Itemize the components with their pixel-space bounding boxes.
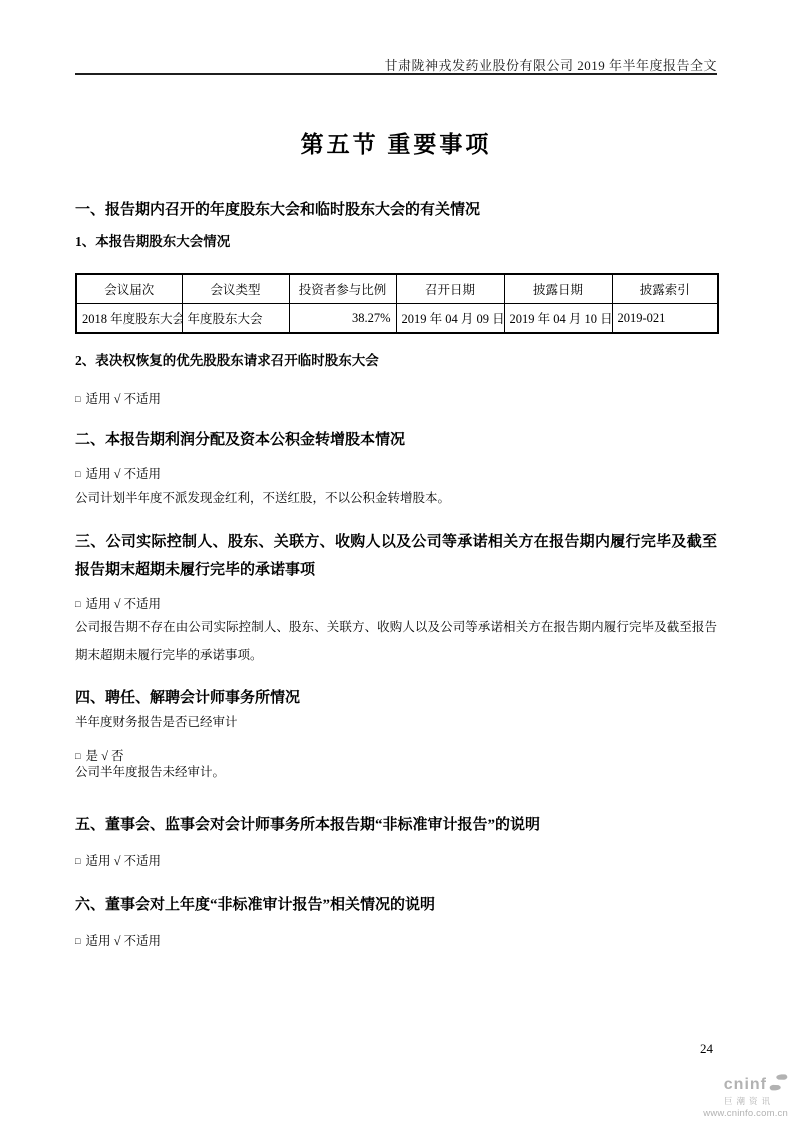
applicability-text: 适用 √ 不适用 [85,597,161,611]
cell-meeting-type: 年度股东大会 [182,304,289,334]
section-1-sub-1-heading: 1、本报告期股东大会情况 [75,230,717,250]
table-row: 2018 年度股东大会 年度股东大会 38.27% 2019 年 04 月 09… [76,304,718,334]
col-header-convening-date: 召开日期 [396,274,504,304]
checkbox-icon: □ [75,936,80,946]
applicability-text: 适用 √ 不适用 [85,467,161,481]
section-2-heading: 二、本报告期利润分配及资本公积金转增股本情况 [75,426,717,454]
table-header-row: 会议届次 会议类型 投资者参与比例 召开日期 披露日期 披露索引 [76,274,718,304]
col-header-investor-participation: 投资者参与比例 [289,274,396,304]
section-4-note: 公司半年度报告未经审计。 [75,764,717,780]
section-5-applicability-line: □适用 √ 不适用 [75,851,717,869]
col-header-disclosure-date: 披露日期 [504,274,612,304]
section-1-applicability-line: □适用 √ 不适用 [75,389,717,407]
cninfo-url: www.cninfo.com.cn [703,1109,788,1119]
checkbox-icon: □ [75,856,80,866]
col-header-meeting-type: 会议类型 [182,274,289,304]
section-6-heading: 六、董事会对上年度“非标准审计报告”相关情况的说明 [75,891,717,919]
section-3-heading: 三、公司实际控制人、股东、关联方、收购人以及公司等承诺相关方在报告期内履行完毕及… [75,528,717,584]
cell-investor-participation: 38.27% [289,304,396,334]
page-title: 第五节 重要事项 [75,126,717,159]
applicability-text: 适用 √ 不适用 [85,934,161,948]
checkbox-icon: □ [75,469,80,479]
page-number: 24 [700,1041,713,1057]
section-1-heading: 一、报告期内召开的年度股东大会和临时股东大会的有关情况 [75,196,717,224]
section-2-note: 公司计划半年度不派发现金红利，不送红股，不以公积金转增股本。 [75,484,717,512]
section-2-applicability-line: □适用 √ 不适用 [75,464,717,482]
section-4-audit-question: 半年度财务报告是否已经审计 [75,714,717,730]
answer-text: 是 √ 否 [85,749,123,763]
cninfo-brand-text: cninf [724,1077,767,1093]
section-6-applicability-line: □适用 √ 不适用 [75,931,717,949]
applicability-text: 适用 √ 不适用 [85,854,161,868]
applicability-text: 适用 √ 不适用 [85,392,161,406]
cninfo-swirl-icon [769,1074,788,1095]
cninfo-logo: cninf 巨潮资讯 www.cninfo.com.cn [703,1074,788,1118]
checkbox-icon: □ [75,599,80,609]
cell-disclosure-date: 2019 年 04 月 10 日 [504,304,612,334]
checkbox-icon: □ [75,394,80,404]
cell-convening-date: 2019 年 04 月 09 日 [396,304,504,334]
section-5-heading: 五、董事会、监事会对会计师事务所本报告期“非标准审计报告”的说明 [75,811,717,839]
section-4-answer-line: □是 √ 否 [75,746,717,764]
checkbox-icon: □ [75,751,80,761]
section-1-sub-2-heading: 2、表决权恢复的优先股股东请求召开临时股东大会 [75,349,717,369]
shareholder-meeting-table: 会议届次 会议类型 投资者参与比例 召开日期 披露日期 披露索引 2018 年度… [75,273,719,334]
header-divider [75,73,717,75]
cell-meeting-session: 2018 年度股东大会 [76,304,182,334]
cninfo-chinese-name: 巨潮资讯 [703,1097,774,1106]
section-4-heading: 四、聘任、解聘会计师事务所情况 [75,684,717,712]
section-3-note: 公司报告期不存在由公司实际控制人、股东、关联方、收购人以及公司等承诺相关方在报告… [75,613,717,669]
document-header: 甘肃陇神戎发药业股份有限公司 2019 年半年度报告全文 [75,55,717,74]
col-header-meeting-session: 会议届次 [76,274,182,304]
cell-disclosure-index: 2019-021 [612,304,718,334]
report-page: 甘肃陇神戎发药业股份有限公司 2019 年半年度报告全文 第五节 重要事项 一、… [0,0,793,1122]
col-header-disclosure-index: 披露索引 [612,274,718,304]
section-3-applicability-line: □适用 √ 不适用 [75,594,717,612]
